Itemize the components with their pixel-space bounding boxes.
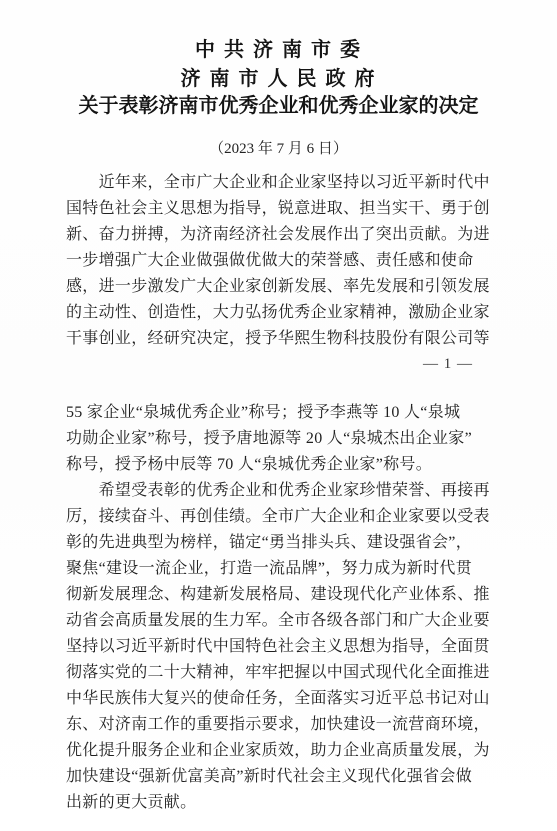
document-date: （2023 年 7 月 6 日） [0,137,557,158]
document-issuer-line1: 中 共 济 南 市 委 [0,33,557,62]
document-body-page1: 近年来，全市广大企业和企业家坚持以习近平新时代中国特色社会主义思想为指导，锐意进… [66,170,496,352]
body-line: 一步增强广大企业做强做优做大的荣誉感、责任感和使命 [66,248,496,274]
body-line: 彰的先进典型为榜样，锚定“勇当排头兵、建设强省会”， [66,530,496,556]
body-line: 新、奋力拼搏，为济南经济社会发展作出了突出贡献。为进 [66,222,496,248]
body-line: 彻落实党的二十大精神，牢牢把握以中国式现代化全面推进 [66,660,496,686]
body-line: 干事创业，经研究决定，授予华熙生物科技股份有限公司等 [66,326,496,352]
body-line: 东、对济南工作的重要指示要求，加快建设一流营商环境， [66,712,496,738]
body-line: 的主动性、创造性，大力弘扬优秀企业家精神，激励企业家 [66,300,496,326]
body-line: 坚持以习近平新时代中国特色社会主义思想为指导，全面贯 [66,634,496,660]
body-line: 功勋企业家”称号，授予唐地源等 20 人“泉城杰出企业家” [66,426,496,452]
document-page: 中 共 济 南 市 委 济 南 市 人 民 政 府 关于表彰济南市优秀企业和优秀… [0,0,557,831]
document-body-page2: 55 家企业“泉城优秀企业”称号；授予李燕等 10 人“泉城功勋企业家”称号，授… [66,400,496,816]
body-line: 称号，授予杨中辰等 70 人“泉城优秀企业家”称号。 [66,452,496,478]
body-line: 加快建设“强新优富美高”新时代社会主义现代化强省会做 [66,764,496,790]
body-line: 动省会高质量发展的生力军。全市各级各部门和广大企业要 [66,608,496,634]
body-line: 国特色社会主义思想为指导，锐意进取、担当实干、勇于创 [66,196,496,222]
page-number: — 1 — [423,356,473,373]
document-issuer-line2: 济 南 市 人 民 政 府 [0,62,557,91]
body-line: 彻新发展理念、构建新发展格局、建设现代化产业体系、推 [66,582,496,608]
body-line: 中华民族伟大复兴的使命任务，全面落实习近平总书记对山 [66,686,496,712]
body-line: 出新的更大贡献。 [66,790,496,816]
document-title: 关于表彰济南市优秀企业和优秀企业家的决定 [0,89,557,118]
body-line: 55 家企业“泉城优秀企业”称号；授予李燕等 10 人“泉城 [66,400,496,426]
body-line: 感，进一步激发广大企业家创新发展、率先发展和引领发展 [66,274,496,300]
body-line: 近年来，全市广大企业和企业家坚持以习近平新时代中 [66,170,496,196]
body-line: 聚焦“建设一流企业，打造一流品牌”，努力成为新时代贯 [66,556,496,582]
body-line: 优化提升服务企业和企业家质效，助力企业高质量发展，为 [66,738,496,764]
body-line: 希望受表彰的优秀企业和优秀企业家珍惜荣誉、再接再 [66,478,496,504]
body-line: 厉，接续奋斗、再创佳绩。全市广大企业和企业家要以受表 [66,504,496,530]
